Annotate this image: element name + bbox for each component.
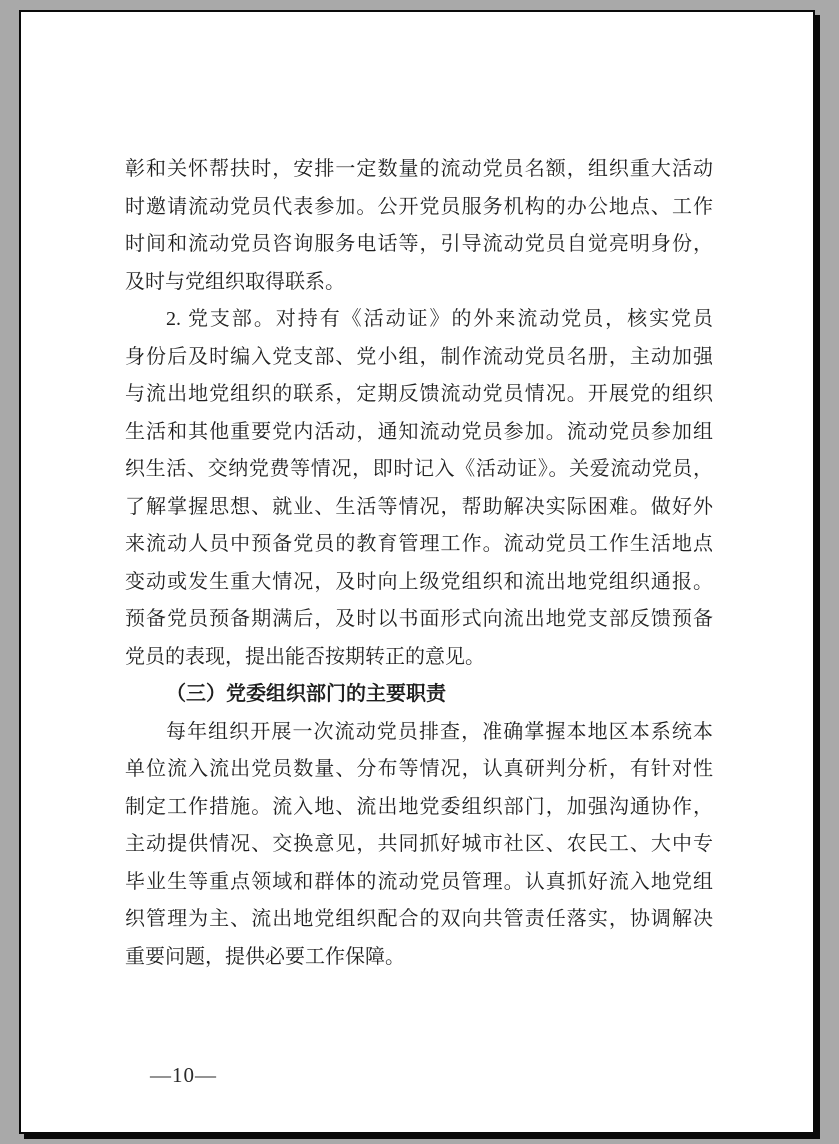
text-line: 了解掌握思想、就业、生活等情况，帮助解决实际困难。做好外 (125, 489, 713, 527)
text-line: 单位流入流出党员数量、分布等情况，认真研判分析，有针对性 (125, 751, 713, 789)
page-number: —10— (150, 1062, 217, 1088)
text-line: 彰和关怀帮扶时，安排一定数量的流动党员名额，组织重大活动 (125, 151, 713, 189)
text-line: 变动或发生重大情况，及时向上级党组织和流出地党组织通报。 (125, 564, 713, 602)
text-line: 与流出地党组织的联系，定期反馈流动党员情况。开展党的组织 (125, 376, 713, 414)
text-line: 身份后及时编入党支部、党小组，制作流动党员名册，主动加强 (125, 339, 713, 377)
document-body-text: 彰和关怀帮扶时，安排一定数量的流动党员名额，组织重大活动时邀请流动党员代表参加。… (125, 151, 713, 976)
text-line: 党员的表现，提出能否按期转正的意见。 (125, 639, 713, 677)
text-line: （三）党委组织部门的主要职责 (125, 676, 713, 714)
text-line: 织管理为主、流出地党组织配合的双向共管责任落实，协调解决 (125, 901, 713, 939)
text-line: 来流动人员中预备党员的教育管理工作。流动党员工作生活地点 (125, 526, 713, 564)
text-line: 时间和流动党员咨询服务电话等，引导流动党员自觉亮明身份， (125, 226, 713, 264)
text-line: 织生活、交纳党费等情况，即时记入《活动证》。关爱流动党员， (125, 451, 713, 489)
viewer-background: { "ui": { "background_color": "#a9a9a9",… (0, 0, 839, 1144)
text-line: 毕业生等重点领域和群体的流动党员管理。认真抓好流入地党组 (125, 864, 713, 902)
text-line: 主动提供情况、交换意见，共同抓好城市社区、农民工、大中专 (125, 826, 713, 864)
text-line: 生活和其他重要党内活动，通知流动党员参加。流动党员参加组 (125, 414, 713, 452)
text-line: 预备党员预备期满后，及时以书面形式向流出地党支部反馈预备 (125, 601, 713, 639)
text-line: 制定工作措施。流入地、流出地党委组织部门，加强沟通协作， (125, 789, 713, 827)
text-line: 每年组织开展一次流动党员排查，准确掌握本地区本系统本 (125, 714, 713, 752)
text-line: 2. 党支部。对持有《活动证》的外来流动党员，核实党员 (125, 301, 713, 339)
text-line: 及时与党组织取得联系。 (125, 264, 713, 302)
document-page: 彰和关怀帮扶时，安排一定数量的流动党员名额，组织重大活动时邀请流动党员代表参加。… (19, 10, 815, 1134)
text-line: 时邀请流动党员代表参加。公开党员服务机构的办公地点、工作 (125, 189, 713, 227)
text-line: 重要问题，提供必要工作保障。 (125, 939, 713, 977)
